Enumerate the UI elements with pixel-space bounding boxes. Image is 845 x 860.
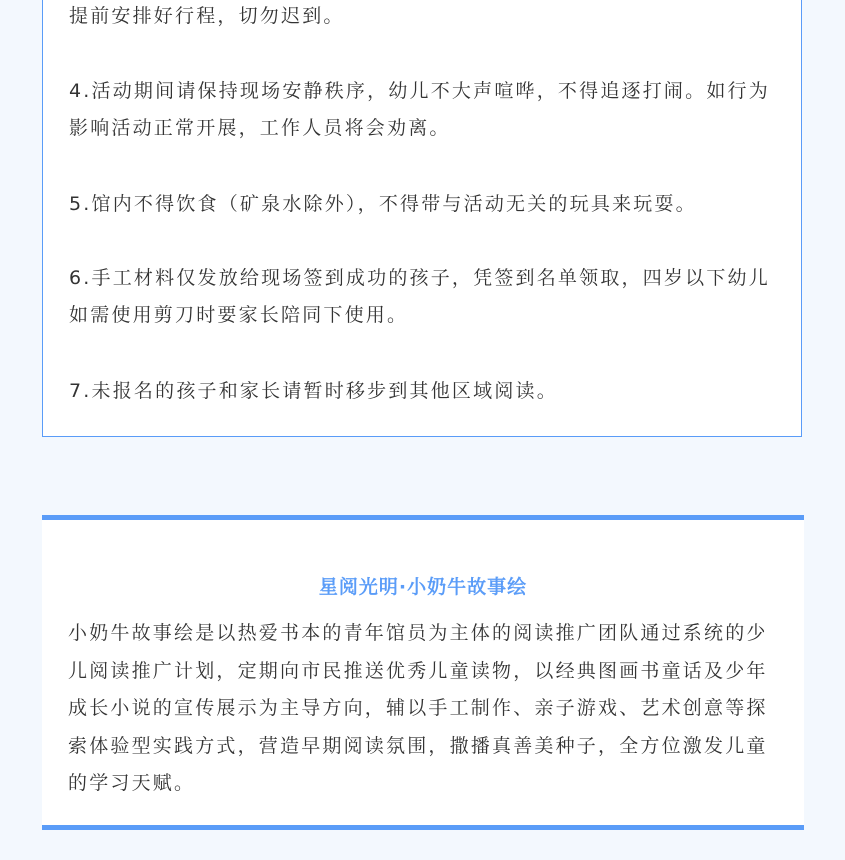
intro-card: 星阅光明·小奶牛故事绘 小奶牛故事绘是以热爱书本的青年馆员为主体的阅读推广团队通… <box>42 515 804 830</box>
notice-item-6: 6.手工材料仅发放给现场签到成功的孩子，凭签到名单领取，四岁以下幼儿如需使用剪刀… <box>69 260 781 334</box>
notice-item-3-tail: 提前安排好行程，切勿迟到。 <box>69 0 781 35</box>
notice-item-4: 4.活动期间请保持现场安静秩序，幼儿不大声喧哗，不得追逐打闹。如行为影响活动正常… <box>69 73 781 147</box>
notice-item-7: 7.未报名的孩子和家长请暂时移步到其他区域阅读。 <box>69 373 781 410</box>
notice-card: 提前安排好行程，切勿迟到。 4.活动期间请保持现场安静秩序，幼儿不大声喧哗，不得… <box>42 0 802 437</box>
intro-body: 小奶牛故事绘是以热爱书本的青年馆员为主体的阅读推广团队通过系统的少儿阅读推广计划… <box>68 615 780 803</box>
notice-item-5: 5.馆内不得饮食（矿泉水除外），不得带与活动无关的玩具来玩耍。 <box>69 186 781 223</box>
intro-title: 星阅光明·小奶牛故事绘 <box>42 572 804 599</box>
